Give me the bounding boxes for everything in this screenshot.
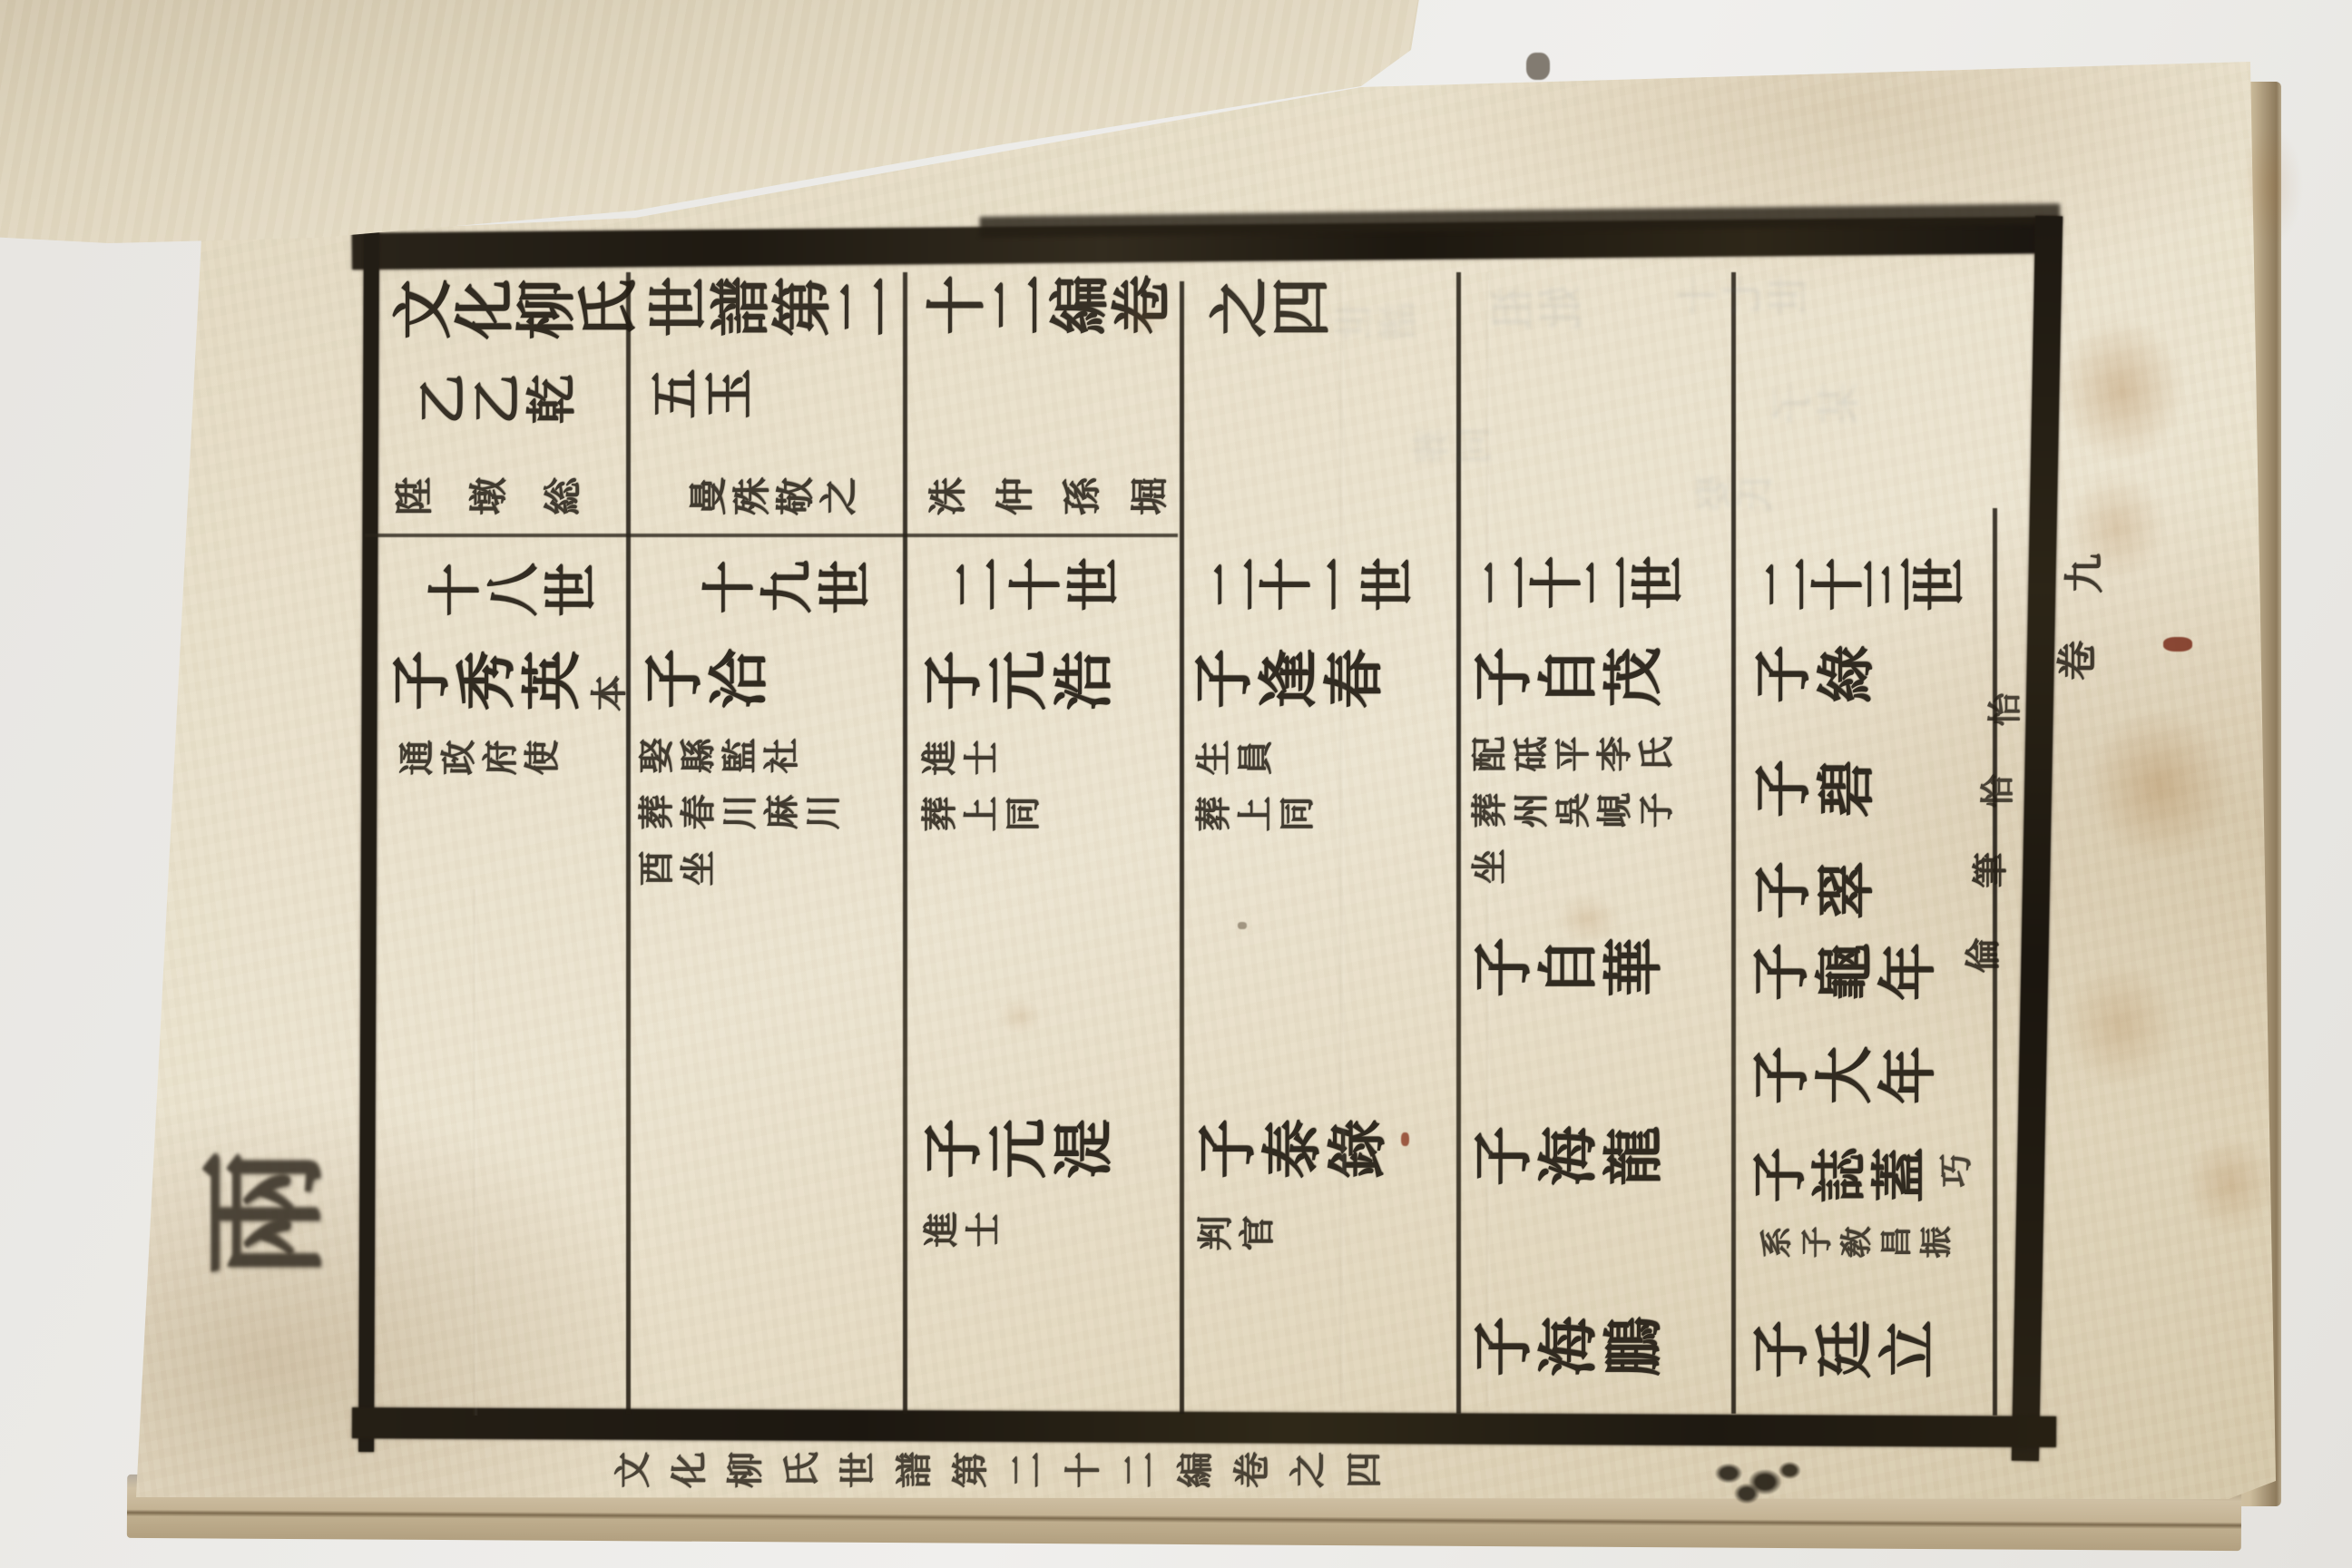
bleed-through-3: 子某 <box>1769 379 1864 426</box>
name-18-1-suffix: 本 <box>590 673 630 713</box>
name-23-4: 子龜年 <box>1749 940 1940 1004</box>
printed-table-area: 文化柳氏世譜第二十二編卷之四 文化柳氏世譜第二十二編卷之四乙乙乾五玉陞墩総曼殊敬… <box>0 0 2352 1568</box>
index-chars-3: 洙仲孫堀 <box>927 475 1196 517</box>
stain-5 <box>2185 1134 2276 1234</box>
note-20-2a: 進士 <box>924 1210 1007 1249</box>
generation-22: 二十二世 <box>1477 554 1681 612</box>
generation-18: 十八世 <box>426 561 601 619</box>
name-22-4: 子海鵬 <box>1470 1314 1666 1379</box>
stain-3 <box>2087 708 2232 862</box>
crease-1 <box>1338 272 1347 1406</box>
name-23-2: 子碧 <box>1751 757 1878 820</box>
code-row-1: 乙乙乾 <box>416 372 579 426</box>
generation-20: 二十世 <box>949 555 1123 613</box>
table-border-left <box>358 229 379 1452</box>
note-20-1a: 進士 <box>922 739 1005 777</box>
title-seg-1: 文化柳氏 <box>390 277 637 342</box>
note-19-1c: 酉坐 <box>639 849 722 887</box>
stamp-glyph: 兩 <box>196 1145 334 1283</box>
footer-ornament-blot <box>1699 1450 1806 1508</box>
name-23-7: 子廷立 <box>1749 1318 1940 1381</box>
volume-marker-kwon: 卷 <box>2056 639 2100 682</box>
note-22-1b: 葬州吳峴子 <box>1472 791 1681 829</box>
crease-3 <box>472 889 478 1416</box>
name-23-6: 子誌蓋 <box>1749 1145 1929 1205</box>
note-18-1: 通政府使 <box>399 739 566 777</box>
name-23-1: 子綠 <box>1751 642 1878 706</box>
index-chars-1: 陞墩総 <box>394 475 617 517</box>
volume-marker-9: 九 <box>2063 552 2107 595</box>
stain-7 <box>998 998 1042 1034</box>
name-21-1: 子逢春 <box>1191 646 1387 711</box>
table-border-right <box>2012 216 2063 1461</box>
footer-title-strip: 文化柳氏世譜第二十二編卷之四 <box>572 1446 1461 1499</box>
note-22-1a: 配砥平李氏 <box>1472 735 1681 773</box>
crease-2 <box>1485 272 1492 1406</box>
bleed-through-5: 葬同 <box>1412 425 1495 466</box>
name-22-3: 子海龍 <box>1470 1123 1666 1189</box>
table-border-bottom <box>352 1407 2056 1447</box>
name-23-3: 子翠 <box>1751 858 1878 922</box>
note-21-1a: 生員 <box>1196 739 1279 777</box>
note-23-6: 系子敎昌振 <box>1760 1225 1960 1259</box>
index-chars-2: 曼殊敬之 <box>688 475 862 517</box>
note-21-2a: 判官 <box>1198 1214 1281 1252</box>
name-22-2: 子自華 <box>1470 935 1666 1000</box>
name-21-2: 子泰錄 <box>1194 1116 1390 1181</box>
col-divider-2 <box>903 272 907 1414</box>
name-20-2: 子元湜 <box>920 1116 1116 1181</box>
col-divider-1 <box>626 272 631 1414</box>
name-23-6-suffix: 巧 <box>1938 1152 1975 1189</box>
margin-char-1: 怡 <box>1987 691 2024 728</box>
col-divider-5 <box>1731 272 1736 1414</box>
stain-1 <box>2058 318 2185 463</box>
fleck-2 <box>1238 922 1247 929</box>
margin-char-2: 恰 <box>1980 773 2016 809</box>
generation-23: 二十三世 <box>1759 555 1962 613</box>
name-22-1: 子自茂 <box>1470 644 1666 710</box>
margin-char-3: 筆 <box>1973 851 2011 889</box>
code-row-2: 五玉 <box>648 367 757 421</box>
index-row-rule <box>365 534 1178 537</box>
red-tick-small <box>1401 1132 1409 1146</box>
red-tick-right <box>2163 637 2192 652</box>
note-20-1b: 葬上同 <box>922 795 1047 833</box>
bleed-through-1: 祖妣 <box>1488 283 1586 332</box>
stain-4 <box>2062 962 2180 1089</box>
note-21-1b: 葬上同 <box>1196 795 1321 833</box>
name-18-1: 子秀英 <box>388 648 584 713</box>
col-divider-3 <box>1180 281 1184 1414</box>
footer-title: 文化柳氏世譜第二十二編卷之四 <box>613 1450 1401 1490</box>
note-19-1a: 娶縣監社 <box>639 737 806 775</box>
title-seg-3: 十二編卷 <box>924 272 1171 338</box>
stitch-hole-2 <box>1526 53 1550 80</box>
note-19-1b: 葬春川麻川 <box>639 793 848 831</box>
generation-19: 十九世 <box>701 558 875 616</box>
title-seg-2: 世譜第二 <box>646 274 893 339</box>
name-23-5: 子大年 <box>1749 1044 1940 1107</box>
stain-8 <box>2239 127 2303 245</box>
margin-char-4: 倫 <box>1965 936 2004 975</box>
bleed-through-4: 娶氏 <box>1693 472 1777 514</box>
title-seg-4: 之四 <box>1207 275 1330 340</box>
bleed-through-6: 世譜 <box>1334 299 1421 343</box>
name-20-1: 子元浩 <box>920 648 1116 713</box>
bleed-through-2: 十七世 <box>1675 272 1811 318</box>
name-19-1: 子洽 <box>641 646 771 711</box>
generation-21: 二十一世 <box>1207 555 1410 613</box>
photograph-of-genealogy-book: 文化柳氏世譜第二十二編卷之四 文化柳氏世譜第二十二編卷之四乙乙乾五玉陞墩総曼殊敬… <box>0 0 2352 1568</box>
